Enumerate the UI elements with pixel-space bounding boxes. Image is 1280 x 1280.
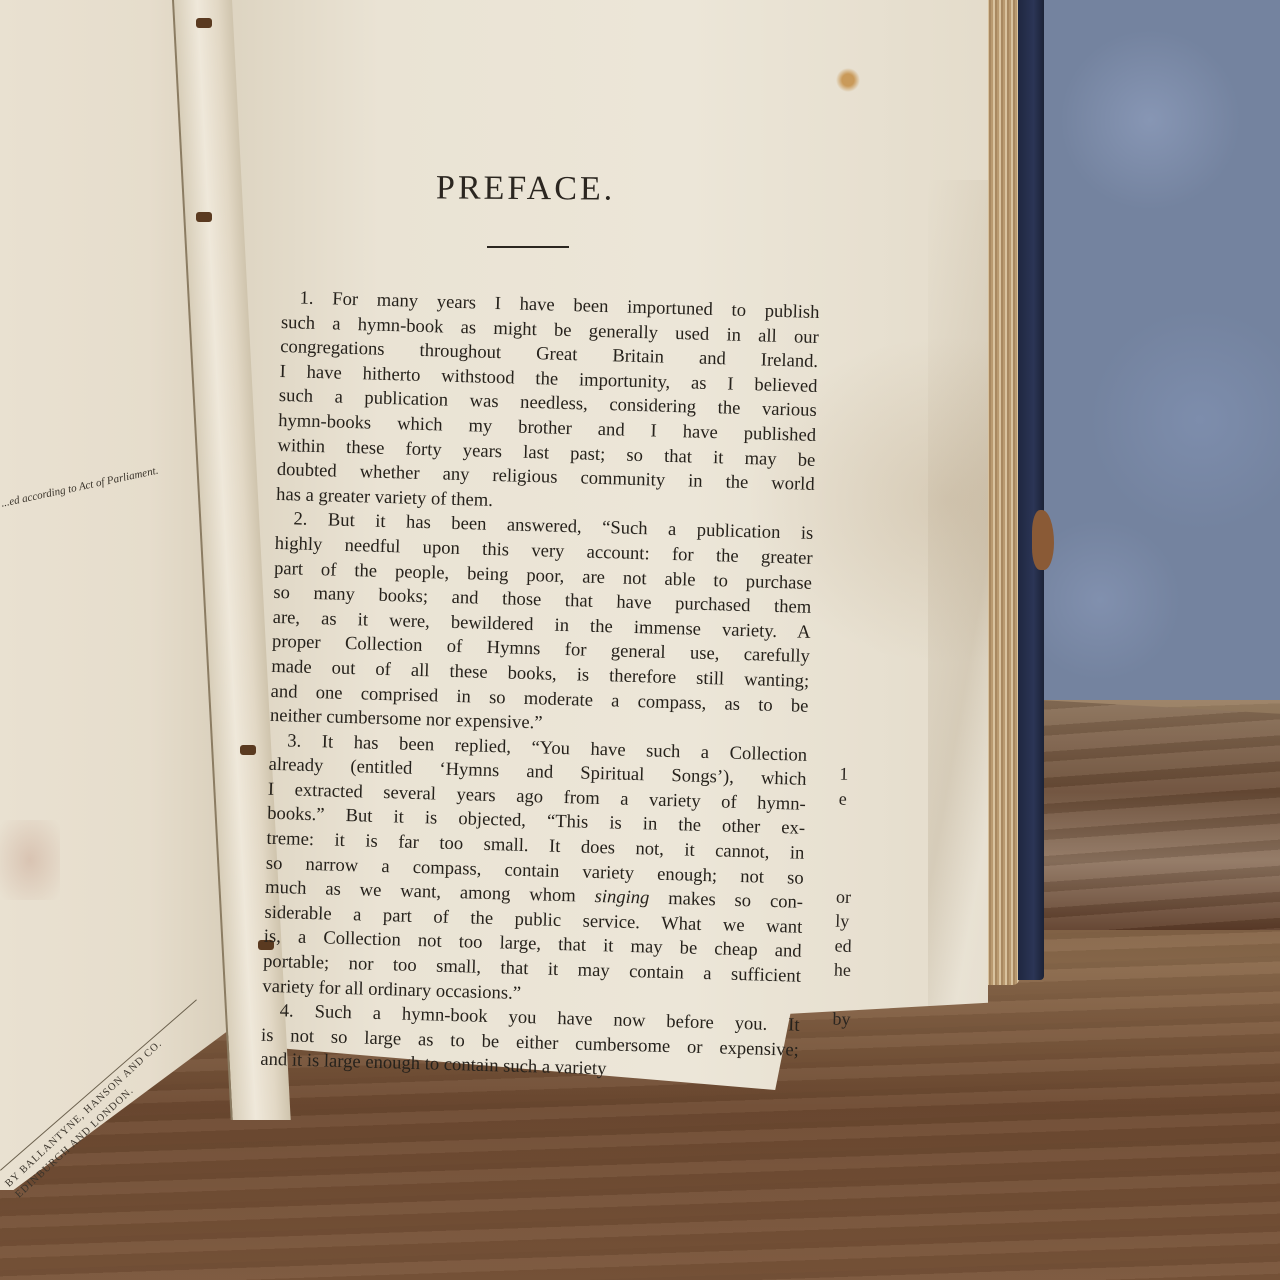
paragraph-4: 4. Such a hymn-book you have now before …	[260, 999, 800, 1088]
binding-stitch	[196, 18, 212, 28]
paragraph-1: 1. For many years I have been importuned…	[276, 286, 820, 522]
preface-body: 1. For many years I have been importuned…	[260, 286, 820, 1088]
wooden-table-back	[1040, 700, 1280, 930]
page-block-edge	[985, 0, 1019, 985]
italic-word: singing	[594, 886, 649, 909]
fragment: e	[838, 786, 869, 811]
fragment	[836, 860, 867, 885]
paragraph-2: 2. But it has been answered, “Such a pub…	[270, 507, 814, 743]
fragment	[833, 982, 864, 1007]
fragment	[837, 835, 868, 860]
fragment: by	[832, 1007, 863, 1032]
fragment	[838, 811, 869, 836]
fragment: he	[834, 958, 865, 983]
page-title: PREFACE.	[436, 169, 616, 208]
fragment: ly	[835, 909, 866, 934]
fragment: or	[836, 884, 867, 909]
title-rule	[487, 246, 569, 248]
fragment: ed	[834, 933, 865, 958]
book-cover-edge	[1018, 0, 1044, 980]
faint-stamp	[0, 820, 60, 900]
binding-stitch	[196, 212, 212, 222]
paragraph-3: 3. It has been replied, “You have such a…	[262, 729, 807, 1014]
binding-stitch	[240, 745, 256, 755]
fragment: 1	[839, 762, 870, 787]
text-fragment: makes so con-	[668, 888, 803, 913]
